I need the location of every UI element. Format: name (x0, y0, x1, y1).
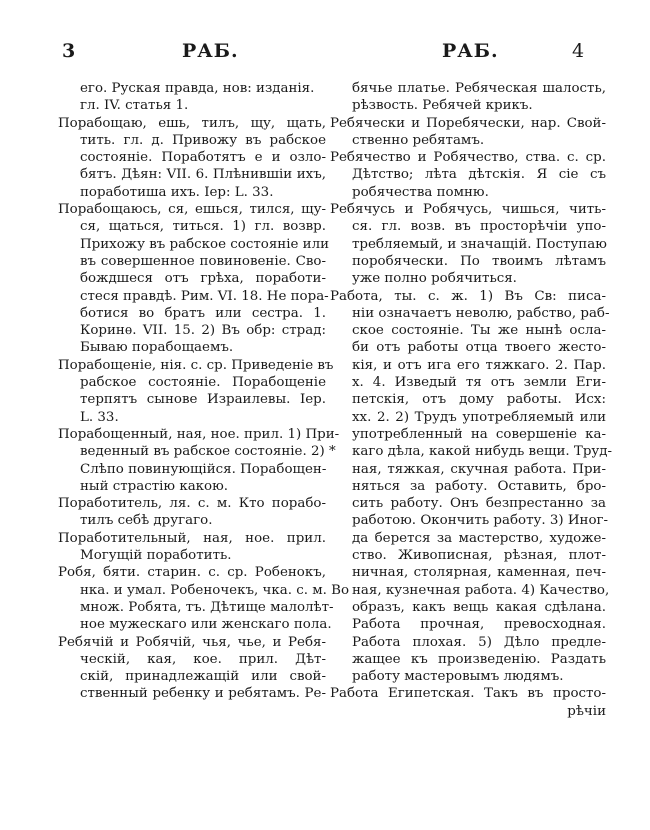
text-line: би отъ работы отца твоего жесто- (330, 339, 606, 356)
text-line: Ребячество и Робячество, ства. с. ср. (330, 149, 606, 166)
text-line: няться за работу. Оставить, бро- (330, 478, 606, 495)
text-line: бячье платье. Ребяческая шалость, (330, 80, 606, 97)
text-line: ственный ребенку и ребятамъ. Ре- (58, 685, 326, 702)
text-line: кія, и отъ ига его тяжкаго. 2. Пар. (330, 357, 606, 374)
text-line: х. 4. Изведый тя отъ земли Еги- (330, 374, 606, 391)
left-column: его. Руская правда, нов: изданія.гл. IV.… (58, 80, 326, 703)
text-line: Коринѳ. VII. 15. 2) Въ обр: страд: (58, 322, 326, 339)
text-line: гл. IV. статья 1. (58, 97, 326, 114)
text-line: Работа прочная, превосходная. (330, 616, 606, 633)
text-line: сить работу. Онъ безпрестанно за (330, 495, 606, 512)
text-line: Ребячій и Робячій, чья, чье, и Ребя- (58, 634, 326, 651)
text-line: поробячески. По твоимъ лѣтамъ (330, 253, 606, 270)
text-line: ный страстію какою. (58, 478, 326, 495)
running-head-right: РАБ. (442, 40, 499, 62)
text-line: работу мастеровымъ людямъ. (330, 668, 606, 685)
text-line: каго дѣла, какой нибудь вещи. Труд- (330, 443, 606, 460)
text-line: въ совершенное повиновеніе. Сво- (58, 253, 326, 270)
page-number-right: 4 (572, 40, 584, 62)
text-line: ничная, столярная, каменная, печ- (330, 564, 606, 581)
text-line: употребленный на совершеніе ка- (330, 426, 606, 443)
text-line: рабское состояніе. Порабощеніе (58, 374, 326, 391)
text-line: нка. и умал. Робеночекъ, чка. с. м. Во (58, 582, 326, 599)
text-line: тилъ себѣ другаго. (58, 512, 326, 529)
text-line: Робя, бяти. старин. с. ср. Робенокъ, (58, 564, 326, 581)
text-line: множ. Робята, тъ. Дѣтище малолѣт- (58, 599, 326, 616)
text-line: ное мужескаго или женскаго пола. (58, 616, 326, 633)
text-line: Порабощеніе, нія. с. ср. Приведеніе въ (58, 357, 326, 374)
text-line: Бываю порабощаемъ. (58, 339, 326, 356)
text-line: Слѣпо повинующійся. Порабощен- (58, 461, 326, 478)
text-line: Работа, ты. с. ж. 1) Въ Св: писа- (330, 288, 606, 305)
text-line: ственно ребятамъ. (330, 132, 606, 149)
text-line: Могущій поработить. (58, 547, 326, 564)
text-line: Ребячески и Поребячески, нар. Свой- (330, 115, 606, 132)
text-line: его. Руская правда, нов: изданія. (58, 80, 326, 97)
text-line: Поработитель, ля. с. м. Кто порабо- (58, 495, 326, 512)
text-line: Прихожу въ рабское состояніе или (58, 236, 326, 253)
text-line: ся. гл. возв. въ просторѣчіи упо- (330, 218, 606, 235)
text-line: работою. Окончить работу. 3) Иног- (330, 512, 606, 529)
text-line: ная, кузнечная работа. 4) Качество, (330, 582, 606, 599)
text-line: бятъ. Дѣян: VII. 6. Плѣнившіи ихъ, (58, 166, 326, 183)
right-column: бячье платье. Ребяческая шалость,рѣзвост… (330, 80, 606, 720)
text-line: жащее къ произведенію. Раздать (330, 651, 606, 668)
text-line: робячества помню. (330, 184, 606, 201)
text-line: ботися во братъ или сестра. 1. (58, 305, 326, 322)
text-line: ся, щаться, титься. 1) гл. возвр. (58, 218, 326, 235)
text-line: Порабощаюсь, ся, ешься, тился, щу- (58, 201, 326, 218)
text-line: тить. гл. д. Привожу въ рабское (58, 132, 326, 149)
text-line: Работа плохая. 5) Дѣло предле- (330, 634, 606, 651)
text-line: да берется за мастерство, художе- (330, 530, 606, 547)
text-line: Дѣтство; лѣта дѣтскія. Я сіе съ (330, 166, 606, 183)
text-line: петскія, отъ дому работы. Исх: (330, 391, 606, 408)
running-head-left: РАБ. (182, 40, 239, 62)
text-line: рѣзвость. Ребячей крикъ. (330, 97, 606, 114)
text-line: бождшеся отъ грѣха, поработи- (58, 270, 326, 287)
text-line: уже полно робячиться. (330, 270, 606, 287)
text-line: образъ, какъ вещь какая сдѣлана. (330, 599, 606, 616)
text-line: Ребячусь и Робячусь, чишься, чить- (330, 201, 606, 218)
text-line: ніи означаетъ неволю, рабство, раб- (330, 305, 606, 322)
text-line: ство. Живописная, рѣзная, плот- (330, 547, 606, 564)
text-line: Работа Египетская. Такъ въ просто- (330, 685, 606, 702)
text-line: ческій, кая, кое. прил. Дѣт- (58, 651, 326, 668)
text-line: поработиша ихъ. Іер: L. 33. (58, 184, 326, 201)
text-line: Поработительный, ная, ное. прил. (58, 530, 326, 547)
text-line: скій, принадлежащій или свой- (58, 668, 326, 685)
text-line: L. 33. (58, 409, 326, 426)
text-line: требляемый, и значащій. Поступаю (330, 236, 606, 253)
text-line: Порабощаю, ешь, тилъ, щу, щать, (58, 115, 326, 132)
text-line: ная, тяжкая, скучная работа. При- (330, 461, 606, 478)
page-number-left: 3 (62, 40, 75, 62)
page-header: 3 РАБ. РАБ. 4 (0, 40, 650, 64)
text-line: веденный въ рабское состояніе. 2) * (58, 443, 326, 460)
text-line: стеся правдѣ. Рим. VI. 18. Не пора- (58, 288, 326, 305)
text-line: хх. 2. 2) Трудъ употребляемый или (330, 409, 606, 426)
text-line: состояніе. Поработятъ е и озло- (58, 149, 326, 166)
text-line: терпятъ сынове Израилевы. Іер. (58, 391, 326, 408)
text-line: Порабощенный, ная, ное. прил. 1) При- (58, 426, 326, 443)
text-line: рѣчіи (330, 703, 606, 720)
text-line: ское состояніе. Ты же нынѣ осла- (330, 322, 606, 339)
